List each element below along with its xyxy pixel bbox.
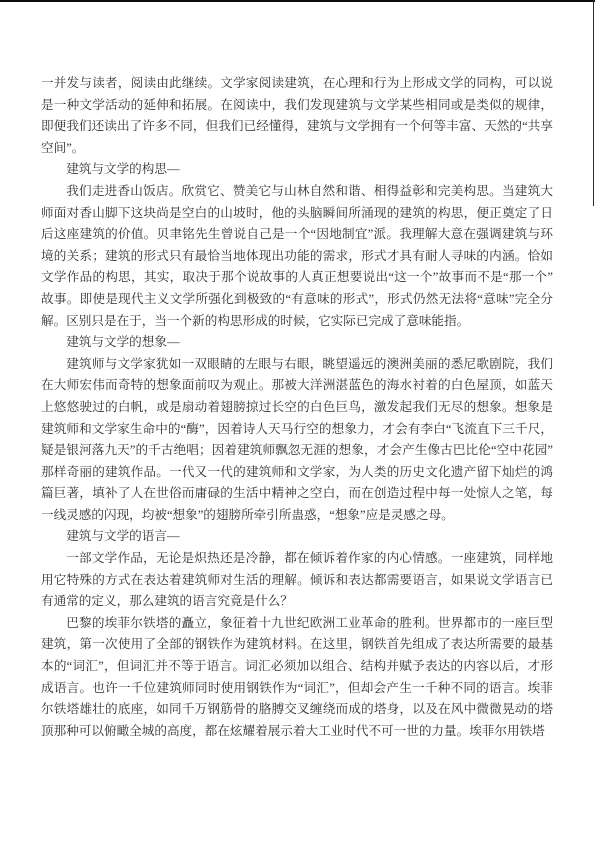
scan-right-edge-line: [593, 0, 594, 206]
document-text-block: 一并发与读者，阅读由此继续。文学家阅读建筑，在心理和行为上形成文学的同构，可以说…: [41, 73, 553, 742]
paragraph-yuyan-intro: 一部文学作品，无论是炽热还是冷静，都在倾诉着作家的内心情感。一座建筑，同样地用它…: [41, 548, 553, 613]
document-page: 一并发与读者，阅读由此继续。文学家阅读建筑，在心理和行为上形成文学的同构，可以说…: [0, 0, 595, 841]
section-heading-yuyan: 建筑与文学的语言—: [41, 526, 553, 548]
scan-top-edge-line: [0, 0, 595, 2]
paragraph-eiffel: 巴黎的埃菲尔铁塔的矗立，象征着十九世纪欧洲工业革命的胜利。世界都市的一座巨型建筑…: [41, 613, 553, 743]
paragraph-xiangxiang: 建筑师与文学家犹如一双眼睛的左眼与右眼，眺望遥远的澳洲美丽的悉尼歌剧院，我们在大…: [41, 354, 553, 527]
section-heading-gousi: 建筑与文学的构思—: [41, 159, 553, 181]
section-heading-xiangxiang: 建筑与文学的想象—: [41, 332, 553, 354]
paragraph-continuation: 一并发与读者，阅读由此继续。文学家阅读建筑，在心理和行为上形成文学的同构，可以说…: [41, 73, 553, 159]
paragraph-gousi: 我们走进香山饭店。欣赏它、赞美它与山林自然和谐、相得益彰和完美构思。当建筑大师面…: [41, 181, 553, 332]
